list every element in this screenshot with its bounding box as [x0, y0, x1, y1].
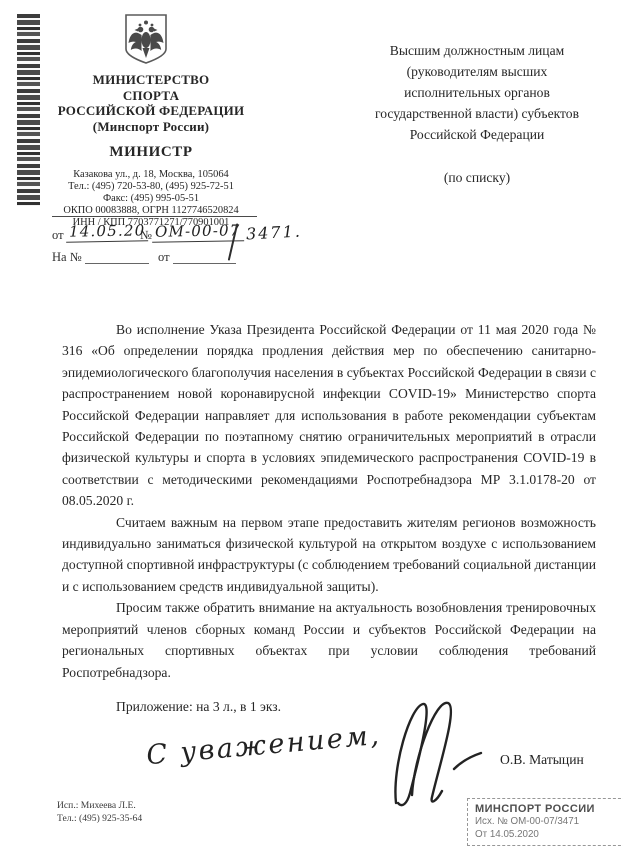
- addressee-line: (руководителям высших: [338, 61, 616, 82]
- ref-from-label: от: [52, 228, 64, 243]
- ref-number-label: №: [140, 228, 152, 243]
- ref-number-handwritten: ОМ-00-07: [152, 221, 244, 243]
- reply-number-blank: [85, 263, 149, 264]
- addressee-line: государственной власти) субъектов: [338, 103, 616, 124]
- attachment-note: Приложение: на 3 л., в 1 экз.: [62, 696, 596, 717]
- addressee-list-note: (по списку): [338, 167, 616, 188]
- org-phone: Тел.: (495) 720-53-80, (495) 925-72-51: [36, 181, 266, 193]
- reply-ref-label: На №: [52, 250, 82, 265]
- org-okpo-ogrn: ОКПО 00083888, ОГРН 1127746520824: [36, 205, 266, 217]
- ref-number-suffix-handwritten: 3471.: [246, 222, 303, 244]
- executor-block: Исп.: Михеева Л.Е. Тел.: (495) 925-35-64: [57, 800, 142, 825]
- letterhead: МИНИСТЕРСТВО СПОРТА РОССИЙСКОЙ ФЕДЕРАЦИИ…: [36, 72, 266, 229]
- addressee-line: Высшим должностным лицам: [338, 40, 616, 61]
- position-title: МИНИСТР: [36, 144, 266, 161]
- body-paragraph: Во исполнение Указа Президента Российско…: [62, 319, 596, 512]
- org-name-line: МИНИСТЕРСТВО: [36, 72, 266, 88]
- signer-name: О.В. Матыцин: [500, 752, 584, 768]
- org-name-line: РОССИЙСКОЙ ФЕДЕРАЦИИ: [36, 103, 266, 119]
- stamp-date: От 14.05.2020: [475, 829, 623, 842]
- signature-icon: [382, 695, 487, 815]
- body-paragraph: Просим также обратить внимание на актуал…: [62, 597, 596, 683]
- ref-date-handwritten: 14.05.20: [66, 221, 149, 242]
- coat-of-arms-icon: [122, 13, 170, 65]
- addressee-line: исполнительных органов: [338, 82, 616, 103]
- org-address: Казакова ул., д. 18, Москва, 105064: [36, 169, 266, 181]
- stamp-org-name: МИНСПОРТ РОССИИ: [475, 802, 623, 816]
- letter-body: Во исполнение Указа Президента Российско…: [62, 319, 596, 717]
- executor-phone: Тел.: (495) 925-35-64: [57, 813, 142, 826]
- addressee-line: Российской Федерации: [338, 124, 616, 145]
- letterhead-separator: [52, 216, 257, 217]
- scanned-letter-page: МИНИСТЕРСТВО СПОРТА РОССИЙСКОЙ ФЕДЕРАЦИИ…: [0, 0, 623, 849]
- registration-stamp: МИНСПОРТ РОССИИ Исх. № ОМ-00-07/3471 От …: [467, 798, 623, 846]
- reply-date-blank: [173, 263, 236, 264]
- org-name-line: (Минспорт России): [36, 119, 266, 135]
- org-contact-block: Казакова ул., д. 18, Москва, 105064 Тел.…: [36, 169, 266, 229]
- stamp-outgoing-number: Исх. № ОМ-00-07/3471: [475, 816, 623, 829]
- body-paragraph: Считаем важным на первом этапе предостав…: [62, 512, 596, 598]
- reply-from-label: от: [158, 250, 170, 265]
- addressee-block: Высшим должностным лицам (руководителям …: [338, 40, 616, 188]
- org-fax: Факс: (495) 995-05-51: [36, 193, 266, 205]
- org-name-line: СПОРТА: [36, 88, 266, 104]
- salutation-handwritten: С уважением,: [145, 720, 382, 771]
- executor-name: Исп.: Михеева Л.Е.: [57, 800, 142, 813]
